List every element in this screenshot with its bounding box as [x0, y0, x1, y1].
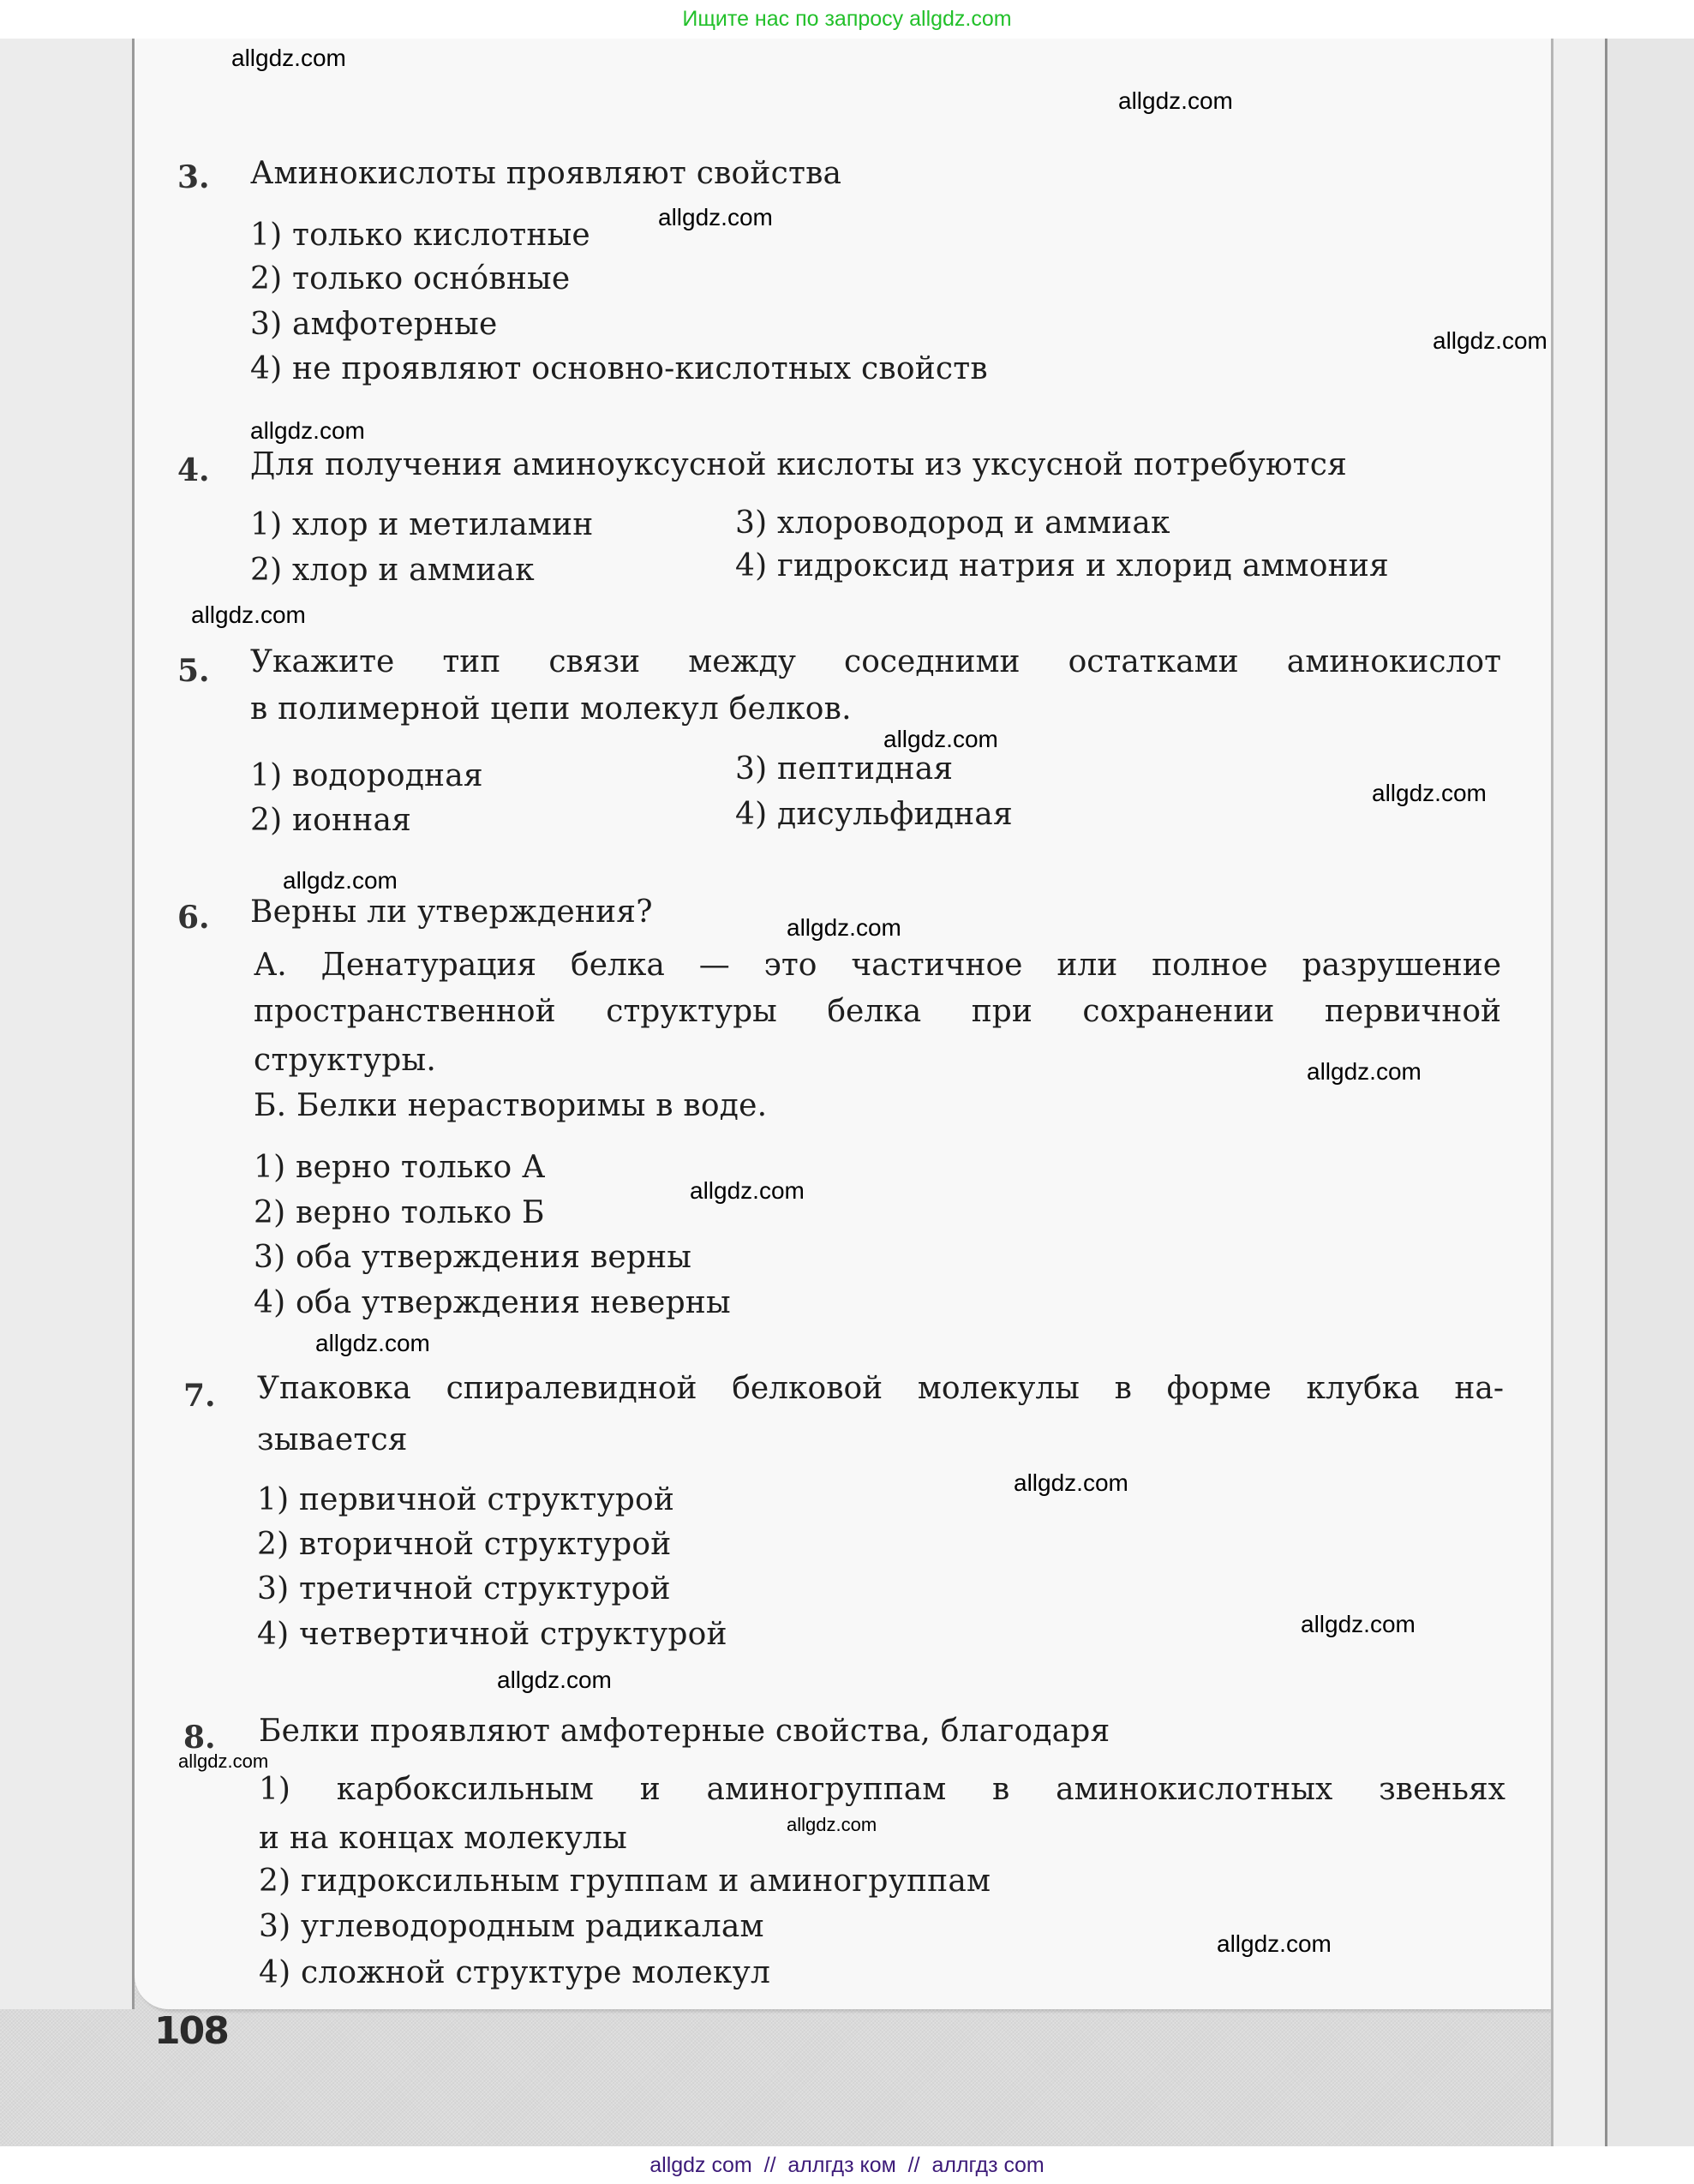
answer-option: 2) верно только Б: [254, 1195, 545, 1230]
statement-a-continued: структуры.: [254, 1043, 436, 1078]
answer-option: 1) верно только А: [254, 1150, 545, 1185]
bottom-banner-text: allgdz com // аллгдз ком // аллгдз com: [649, 2153, 1045, 2177]
answer-option: 1) хлор и метиламин: [250, 507, 594, 542]
statement-a: А. Денатурация белка — это частичное или…: [254, 948, 1501, 983]
question-number: 7.: [183, 1378, 216, 1414]
watermark: allgdz.com: [690, 1177, 805, 1205]
watermark: allgdz.com: [1433, 327, 1547, 355]
answer-option: 1) первичной структурой: [257, 1482, 674, 1517]
watermark: allgdz.com: [883, 726, 998, 753]
watermark: allgdz.com: [787, 914, 901, 942]
answer-option: 3) третичной структурой: [257, 1571, 671, 1607]
answer-option: 4) четвертичной структурой: [257, 1617, 727, 1652]
question-text: зывается: [257, 1422, 408, 1457]
question-text: Верны ли утверждения?: [250, 895, 653, 930]
answer-option: 1) только кислотные: [250, 218, 590, 253]
answer-option-continued: и на концах молекулы: [259, 1821, 627, 1856]
answer-option: 1) водородная: [250, 758, 483, 793]
question-number: 5.: [177, 653, 210, 689]
statement-a-continued: пространственной структуры белка при сох…: [254, 994, 1501, 1029]
answer-option: 1) карбоксильным и аминогруппам в аминок…: [259, 1772, 1505, 1807]
answer-option: 4) дисульфидная: [735, 797, 1013, 832]
answer-option: 4) сложной структуре молекул: [259, 1955, 770, 1990]
question-text: Укажите тип связи между соседними остатк…: [250, 644, 1501, 679]
watermark: allgdz.com: [1014, 1469, 1128, 1497]
watermark: allgdz.com: [1372, 780, 1487, 807]
watermark: allgdz.com: [191, 601, 306, 629]
answer-option: 2) только оснóвные: [250, 261, 570, 296]
watermark: allgdz.com: [1118, 87, 1233, 115]
question-text: в полимерной цепи молекул белков.: [250, 691, 852, 727]
watermark: allgdz.com: [787, 1814, 877, 1836]
question-number: 3.: [177, 159, 210, 195]
answer-option: 4) не проявляют основно-кислотных свойст…: [250, 351, 988, 386]
answer-option: 3) амфотерные: [250, 307, 498, 342]
answer-option: 4) оба утверждения неверны: [254, 1285, 731, 1320]
answer-option: 3) оба утверждения верны: [254, 1240, 691, 1275]
answer-option: 3) углеводородным радикалам: [259, 1909, 764, 1944]
page-content: 3. Аминокислоты проявляют свойства 1) то…: [0, 0, 1694, 2184]
statement-b: Б. Белки нерастворимы в воде.: [254, 1088, 767, 1123]
question-number: 6.: [177, 900, 210, 936]
watermark: allgdz.com: [231, 45, 346, 72]
watermark: allgdz.com: [1217, 1930, 1332, 1958]
answer-option: 2) гидроксильным группам и аминогруппам: [259, 1864, 991, 1899]
watermark: allgdz.com: [178, 1750, 268, 1773]
answer-option: 2) вторичной структурой: [257, 1527, 671, 1562]
answer-option: 2) хлор и аммиак: [250, 553, 535, 588]
watermark: allgdz.com: [497, 1666, 612, 1694]
watermark: allgdz.com: [315, 1330, 430, 1357]
watermark: allgdz.com: [283, 867, 398, 895]
bottom-watermark-banner: allgdz com // аллгдз ком // аллгдз com: [0, 2146, 1694, 2184]
watermark: allgdz.com: [1301, 1611, 1416, 1638]
question-text: Для получения аминоуксусной кислоты из у…: [250, 447, 1347, 482]
answer-option: 3) пептидная: [735, 751, 953, 787]
question-text: Белки проявляют амфотерные свойства, бла…: [259, 1714, 1110, 1749]
answer-option: 4) гидроксид натрия и хлорид аммония: [735, 548, 1389, 583]
question-text: Аминокислоты проявляют свойства: [250, 156, 841, 191]
question-number: 4.: [177, 452, 210, 488]
answer-option: 3) хлороводород и аммиак: [735, 506, 1170, 541]
answer-option: 2) ионная: [250, 803, 411, 838]
question-text: Упаковка спиралевидной белковой молекулы…: [257, 1371, 1504, 1406]
watermark: allgdz.com: [250, 417, 365, 445]
watermark: allgdz.com: [1307, 1058, 1422, 1086]
watermark: allgdz.com: [658, 204, 773, 231]
